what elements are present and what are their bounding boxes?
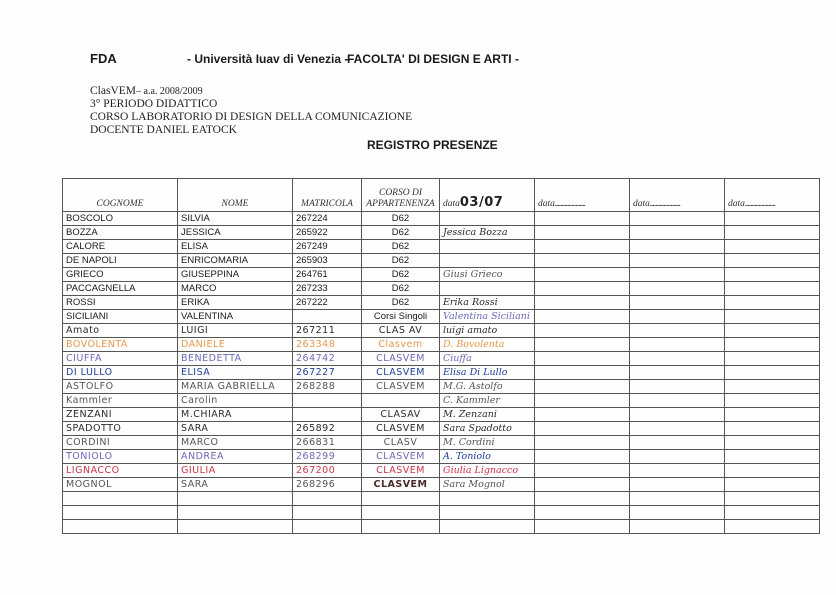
course-cell: D62 <box>362 254 440 268</box>
register-title: REGISTRO PRESENZE <box>367 138 498 152</box>
surname-cell <box>63 520 178 534</box>
table-row <box>63 492 820 506</box>
course-title: CORSO LABORATORIO DI DESIGN DELLA COMUNI… <box>90 111 412 124</box>
student-id-cell: 268288 <box>293 380 362 394</box>
table-row: CIUFFABENEDETTA264742CLASVEMCiuffa <box>63 352 820 366</box>
signature-cell <box>630 478 725 492</box>
signature-cell <box>630 352 725 366</box>
date-label: data <box>538 199 555 209</box>
signature-cell <box>725 478 820 492</box>
signature-cell <box>725 422 820 436</box>
course-cell: Corsi Singoli <box>362 310 440 324</box>
signature-cell <box>630 212 725 226</box>
name-cell: ANDREA <box>178 450 293 464</box>
name-cell: MARCO <box>178 282 293 296</box>
table-row: CORDINIMARCO266831CLASVM. Cordini <box>63 436 820 450</box>
table-row <box>63 506 820 520</box>
table-row: MOGNOLSARA268296CLASVEMSara Mognol <box>63 478 820 492</box>
course-cell: CLASVEM <box>362 366 440 380</box>
name-cell: ELISA <box>178 366 293 380</box>
signature-cell <box>440 520 535 534</box>
signature-cell <box>440 212 535 226</box>
table-row: LIGNACCOGIULIA267200CLASVEMGiulia Lignac… <box>63 464 820 478</box>
signature-cell <box>630 422 725 436</box>
table-row: BOZZAJESSICA265922D62Jessica Bozza <box>63 226 820 240</box>
signature-cell <box>630 408 725 422</box>
signature-cell <box>535 254 630 268</box>
col-header-name: NOME <box>178 179 293 212</box>
course-cell: CLASVEM <box>362 422 440 436</box>
faculty-name: FACOLTA' DI DESIGN E ARTI - <box>347 52 519 66</box>
name-cell: JESSICA <box>178 226 293 240</box>
table-row: BOVOLENTADANIELE263348ClasvemD. Bovolent… <box>63 338 820 352</box>
signature-cell: M. Cordini <box>440 436 535 450</box>
course-header-line2: APPARTENENZA <box>366 199 434 209</box>
name-cell: GIULIA <box>178 464 293 478</box>
surname-cell: ZENZANI <box>63 408 178 422</box>
name-cell: M.CHIARA <box>178 408 293 422</box>
signature-cell <box>535 296 630 310</box>
table-row: BOSCOLOSILVIA267224D62 <box>63 212 820 226</box>
signature-cell <box>725 394 820 408</box>
student-id-cell: 266831 <box>293 436 362 450</box>
col-header-date-2: data...................... <box>535 179 630 212</box>
surname-cell: LIGNACCO <box>63 464 178 478</box>
col-header-student-id: MATRICOLA <box>293 179 362 212</box>
name-cell: ENRICOMARIA <box>178 254 293 268</box>
signature-cell: Erika Rossi <box>440 296 535 310</box>
signature-cell <box>440 506 535 520</box>
signature-cell: luigi amato <box>440 324 535 338</box>
table-row: DE NAPOLIENRICOMARIA265903D62 <box>63 254 820 268</box>
signature-cell <box>725 352 820 366</box>
student-id-cell: 263348 <box>293 338 362 352</box>
surname-cell <box>63 492 178 506</box>
attendance-table: COGNOME NOME MATRICOLA CORSO DIAPPARTENE… <box>62 178 820 534</box>
course-cell: D62 <box>362 212 440 226</box>
surname-cell: SICILIANI <box>63 310 178 324</box>
signature-cell <box>535 366 630 380</box>
signature-cell <box>630 366 725 380</box>
signature-cell <box>630 282 725 296</box>
signature-cell <box>535 380 630 394</box>
date-label: data <box>728 199 745 209</box>
signature-cell <box>535 520 630 534</box>
course-cell: CLASVEM <box>362 464 440 478</box>
surname-cell: BOZZA <box>63 226 178 240</box>
col-header-date-4: data...................... <box>725 179 820 212</box>
surname-cell: SPADOTTO <box>63 422 178 436</box>
student-id-cell: 268296 <box>293 478 362 492</box>
signature-cell <box>535 464 630 478</box>
signature-cell: Jessica Bozza <box>440 226 535 240</box>
signature-cell <box>535 408 630 422</box>
signature-cell: Sara Mognol <box>440 478 535 492</box>
course-cell: D62 <box>362 240 440 254</box>
date-value: 03/07 <box>460 195 503 210</box>
date-blank: ...................... <box>650 199 680 209</box>
signature-cell <box>725 436 820 450</box>
table-row: CALOREELISA267249D62 <box>63 240 820 254</box>
student-id-cell: 267224 <box>293 212 362 226</box>
student-id-cell: 267233 <box>293 282 362 296</box>
course-cell <box>362 394 440 408</box>
student-id-cell: 264761 <box>293 268 362 282</box>
signature-cell: M. Zenzani <box>440 408 535 422</box>
signature-cell <box>535 226 630 240</box>
surname-cell: CORDINI <box>63 436 178 450</box>
signature-cell <box>725 268 820 282</box>
table-row: SICILIANIVALENTINACorsi SingoliValentina… <box>63 310 820 324</box>
signature-cell <box>440 240 535 254</box>
course-cell: D62 <box>362 226 440 240</box>
table-row <box>63 520 820 534</box>
surname-cell: CALORE <box>63 240 178 254</box>
student-id-cell: 265922 <box>293 226 362 240</box>
signature-cell <box>535 436 630 450</box>
signature-cell <box>535 450 630 464</box>
faculty-abbreviation: FDA <box>90 51 117 66</box>
surname-cell <box>63 506 178 520</box>
signature-cell <box>630 436 725 450</box>
surname-cell: ROSSI <box>63 296 178 310</box>
surname-cell: GRIECO <box>63 268 178 282</box>
name-cell: SARA <box>178 422 293 436</box>
signature-cell <box>725 464 820 478</box>
table-row: DI LULLOELISA267227CLASVEMElisa Di Lullo <box>63 366 820 380</box>
course-cell: D62 <box>362 296 440 310</box>
col-header-surname: COGNOME <box>63 179 178 212</box>
student-id-cell: 265892 <box>293 422 362 436</box>
signature-cell <box>535 506 630 520</box>
name-cell: ELISA <box>178 240 293 254</box>
name-cell: MARIA GABRIELLA <box>178 380 293 394</box>
name-cell: VALENTINA <box>178 310 293 324</box>
date-blank: ...................... <box>555 199 585 209</box>
table-row: KammlerCarolinC. Kammler <box>63 394 820 408</box>
signature-cell: Ciuffa <box>440 352 535 366</box>
signature-cell <box>630 338 725 352</box>
signature-cell <box>535 422 630 436</box>
signature-cell: A. Toniolo <box>440 450 535 464</box>
student-id-cell <box>293 506 362 520</box>
student-id-cell: 265903 <box>293 254 362 268</box>
signature-cell <box>630 380 725 394</box>
table-row: PACCAGNELLAMARCO267233D62 <box>63 282 820 296</box>
signature-cell <box>725 296 820 310</box>
course-cell: CLASAV <box>362 408 440 422</box>
signature-cell <box>535 212 630 226</box>
signature-cell: M.G. Astolfo <box>440 380 535 394</box>
signature-cell <box>725 366 820 380</box>
signature-cell <box>535 310 630 324</box>
name-cell: GIUSEPPINA <box>178 268 293 282</box>
name-cell: BENEDETTA <box>178 352 293 366</box>
table-row: ROSSIERIKA267222D62Erika Rossi <box>63 296 820 310</box>
student-id-cell: 267200 <box>293 464 362 478</box>
course-cell <box>362 506 440 520</box>
university-name: - Università Iuav di Venezia - <box>187 52 348 66</box>
signature-cell <box>440 254 535 268</box>
signature-cell <box>535 492 630 506</box>
signature-cell <box>630 254 725 268</box>
table-row: ASTOLFOMARIA GABRIELLA268288CLASVEMM.G. … <box>63 380 820 394</box>
signature-cell: Elisa Di Lullo <box>440 366 535 380</box>
course-cell: Clasvem <box>362 338 440 352</box>
signature-cell <box>725 310 820 324</box>
date-blank: ...................... <box>745 199 775 209</box>
course-cell: CLASVEM <box>362 450 440 464</box>
signature-cell <box>725 226 820 240</box>
signature-cell <box>630 520 725 534</box>
surname-cell: Kammler <box>63 394 178 408</box>
signature-cell <box>630 324 725 338</box>
course-cell: CLASV <box>362 436 440 450</box>
student-id-cell <box>293 520 362 534</box>
name-cell: ERIKA <box>178 296 293 310</box>
surname-cell: PACCAGNELLA <box>63 282 178 296</box>
signature-cell <box>725 380 820 394</box>
table-row: ZENZANIM.CHIARACLASAVM. Zenzani <box>63 408 820 422</box>
surname-cell: ASTOLFO <box>63 380 178 394</box>
student-id-cell: 267222 <box>293 296 362 310</box>
col-header-date-3: data...................... <box>630 179 725 212</box>
signature-cell <box>725 338 820 352</box>
course-cell <box>362 492 440 506</box>
signature-cell <box>725 254 820 268</box>
signature-cell: Giulia Lignacco <box>440 464 535 478</box>
program-name: ClasVEM <box>90 85 136 97</box>
surname-cell: DI LULLO <box>63 366 178 380</box>
student-id-cell: 267227 <box>293 366 362 380</box>
teacher-name: DOCENTE DANIEL EATOCK <box>90 124 412 137</box>
signature-cell <box>440 492 535 506</box>
course-cell: CLASVEM <box>362 478 440 492</box>
student-id-cell <box>293 408 362 422</box>
date-label: data <box>633 199 650 209</box>
signature-cell <box>535 394 630 408</box>
course-cell: CLASVEM <box>362 352 440 366</box>
teaching-period: 3° PERIODO DIDATTICO <box>90 98 412 111</box>
signature-cell <box>725 520 820 534</box>
academic-year: – a.a. 2008/2009 <box>136 86 203 97</box>
surname-cell: BOVOLENTA <box>63 338 178 352</box>
signature-cell <box>535 324 630 338</box>
signature-cell <box>535 268 630 282</box>
name-cell <box>178 520 293 534</box>
signature-cell <box>440 282 535 296</box>
signature-cell: C. Kammler <box>440 394 535 408</box>
header-row: COGNOME NOME MATRICOLA CORSO DIAPPARTENE… <box>63 179 820 212</box>
course-cell <box>362 520 440 534</box>
table-row: AmatoLUIGI267211CLAS AVluigi amato <box>63 324 820 338</box>
signature-cell: Valentina Siciliani <box>440 310 535 324</box>
signature-cell <box>630 464 725 478</box>
signature-cell <box>725 492 820 506</box>
table-row: GRIECOGIUSEPPINA264761D62Giusi Grieco <box>63 268 820 282</box>
name-cell: SILVIA <box>178 212 293 226</box>
signature-cell <box>725 324 820 338</box>
name-cell <box>178 492 293 506</box>
signature-cell <box>630 310 725 324</box>
table-row: SPADOTTOSARA265892CLASVEMSara Spadotto <box>63 422 820 436</box>
name-cell: SARA <box>178 478 293 492</box>
signature-cell <box>630 226 725 240</box>
signature-cell <box>630 268 725 282</box>
signature-cell: D. Bovolenta <box>440 338 535 352</box>
course-cell: CLAS AV <box>362 324 440 338</box>
signature-cell <box>535 240 630 254</box>
signature-cell <box>630 394 725 408</box>
name-cell: DANIELE <box>178 338 293 352</box>
signature-cell: Giusi Grieco <box>440 268 535 282</box>
name-cell: MARCO <box>178 436 293 450</box>
name-cell: LUIGI <box>178 324 293 338</box>
course-cell: CLASVEM <box>362 380 440 394</box>
signature-cell <box>630 506 725 520</box>
surname-cell: BOSCOLO <box>63 212 178 226</box>
signature-cell <box>725 212 820 226</box>
signature-cell <box>725 450 820 464</box>
signature-cell: Sara Spadotto <box>440 422 535 436</box>
signature-cell <box>630 450 725 464</box>
table-row: TONIOLOANDREA268299CLASVEMA. Toniolo <box>63 450 820 464</box>
col-header-date-1: data03/07 <box>440 179 535 212</box>
signature-cell <box>535 352 630 366</box>
col-header-course: CORSO DIAPPARTENENZA <box>362 179 440 212</box>
name-cell <box>178 506 293 520</box>
date-label: data <box>443 199 460 209</box>
surname-cell: Amato <box>63 324 178 338</box>
signature-cell <box>535 338 630 352</box>
student-id-cell <box>293 310 362 324</box>
course-cell: D62 <box>362 282 440 296</box>
course-header-line1: CORSO DI <box>379 188 422 198</box>
name-cell: Carolin <box>178 394 293 408</box>
surname-cell: DE NAPOLI <box>63 254 178 268</box>
student-id-cell <box>293 394 362 408</box>
signature-cell <box>535 282 630 296</box>
student-id-cell: 264742 <box>293 352 362 366</box>
student-id-cell: 267211 <box>293 324 362 338</box>
course-cell: D62 <box>362 268 440 282</box>
surname-cell: TONIOLO <box>63 450 178 464</box>
surname-cell: CIUFFA <box>63 352 178 366</box>
signature-cell <box>725 408 820 422</box>
signature-cell <box>630 492 725 506</box>
signature-cell <box>630 296 725 310</box>
student-id-cell: 268299 <box>293 450 362 464</box>
signature-cell <box>725 506 820 520</box>
student-id-cell <box>293 492 362 506</box>
student-id-cell: 267249 <box>293 240 362 254</box>
signature-cell <box>725 282 820 296</box>
signature-cell <box>535 478 630 492</box>
signature-cell <box>630 240 725 254</box>
signature-cell <box>725 240 820 254</box>
surname-cell: MOGNOL <box>63 478 178 492</box>
program-line: ClasVEM– a.a. 2008/2009 <box>90 85 412 98</box>
course-info: ClasVEM– a.a. 2008/2009 3° PERIODO DIDAT… <box>90 85 412 137</box>
